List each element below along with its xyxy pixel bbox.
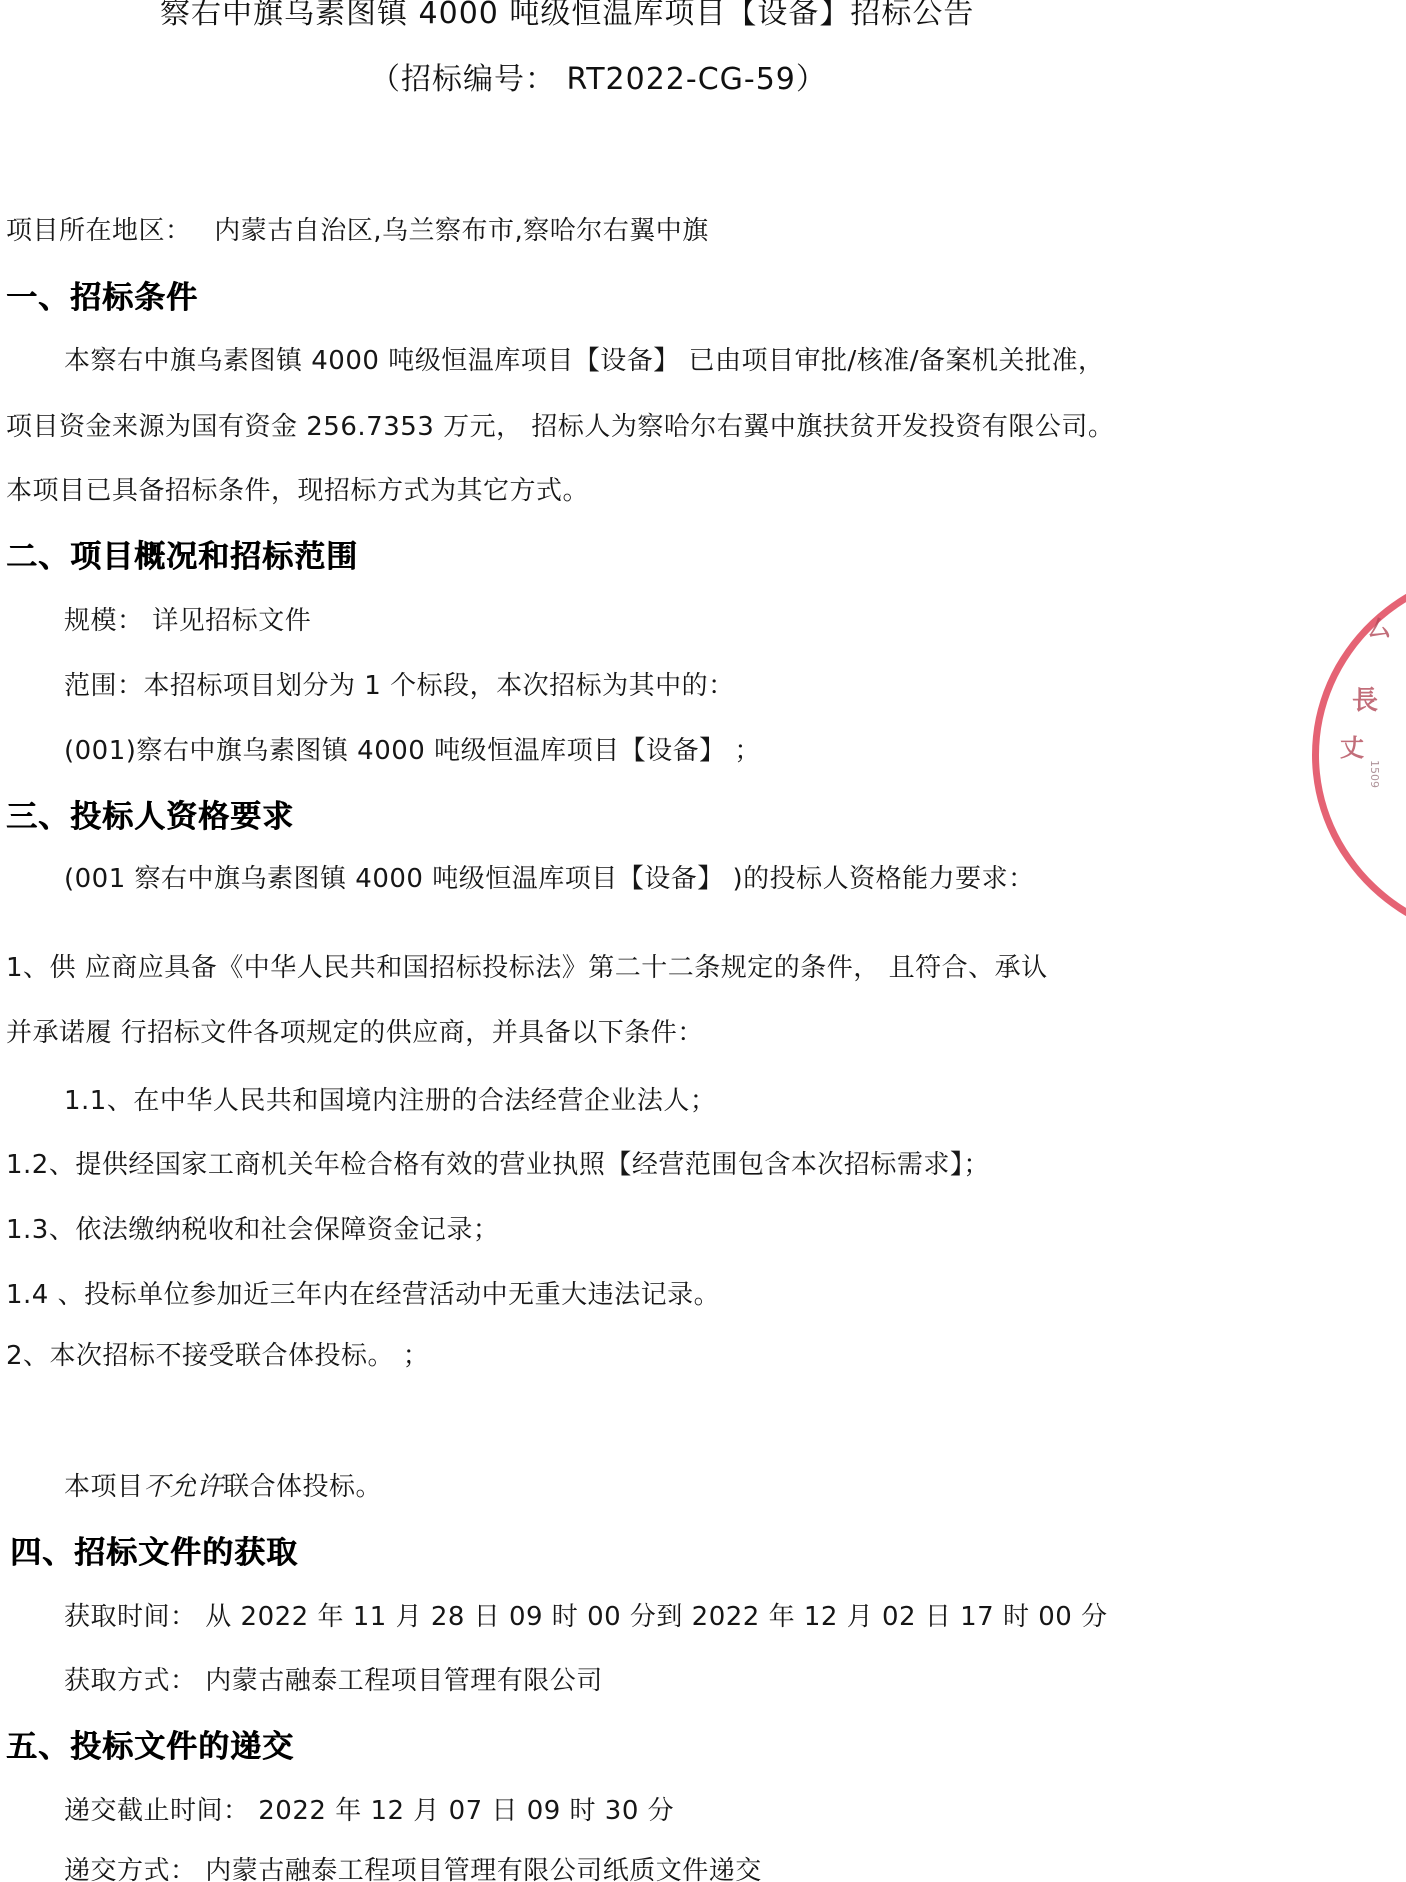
seal-serial-text: 1509 (1340, 760, 1380, 880)
requirement-2: 2、本次招标不接受联合体投标。 ； (6, 1339, 429, 1373)
requirement-1-1: 1.1、在中华人民共和国境内注册的合法经营企业法人； (64, 1084, 716, 1118)
document-title: 察右中旗乌素图镇 4000 吨级恒温库项目【设备】招标公告 (160, 0, 974, 34)
acquisition-time: 获取时间： 从 2022 年 11 月 28 日 09 时 00 分到 2022… (64, 1600, 1108, 1634)
seal-glyph: 丈 (1340, 728, 1364, 763)
paragraph: (001)察右中旗乌素图镇 4000 吨级恒温库项目【设备】 ； (64, 734, 761, 768)
consortium-note-prefix: 本项目 (64, 1472, 144, 1502)
paragraph: 范围：本招标项目划分为 1 个标段，本次招标为其中的： (64, 669, 735, 703)
seal-glyph: 厶 (1368, 612, 1390, 643)
consortium-note: 本项目不允许联合体投标。 (64, 1470, 382, 1504)
paragraph: 项目资金来源为国有资金 256.7353 万元， 招标人为察哈尔右翼中旗扶贫开发… (6, 410, 1114, 444)
paragraph: (001 察右中旗乌素图镇 4000 吨级恒温库项目【设备】 )的投标人资格能力… (64, 862, 1035, 896)
section-heading-bid-submission: 五、投标文件的递交 (6, 1727, 294, 1767)
submission-deadline: 递交截止时间： 2022 年 12 月 07 日 09 时 30 分 (64, 1794, 674, 1828)
section-heading-bidder-qualifications: 三、投标人资格要求 (6, 797, 294, 837)
requirement-1-3: 1.3、依法缴纳税收和社会保障资金记录； (6, 1213, 499, 1247)
section-heading-project-overview: 二、项目概况和招标范围 (6, 537, 358, 577)
paragraph: 规模： 详见招标文件 (64, 604, 311, 638)
consortium-note-suffix: 联合体投标。 (223, 1472, 382, 1502)
requirement-1-4: 1.4 、投标单位参加近三年内在经营活动中无重大违法记录。 (6, 1278, 720, 1312)
paragraph: 并承诺履 行招标文件各项规定的供应商，并具备以下条件： (6, 1016, 704, 1050)
submission-method: 递交方式： 内蒙古融泰工程项目管理有限公司纸质文件递交 (64, 1854, 762, 1882)
paragraph: 1、供 应商应具备《中华人民共和国招标投标法》第二十二条规定的条件， 且符合、承… (6, 951, 1048, 985)
location-label: 项目所在地区： (6, 216, 192, 246)
requirement-1-2: 1.2、提供经国家工商机关年检合格有效的营业执照【经营范围包含本次招标需求】； (6, 1148, 990, 1182)
location-value: 内蒙古自治区,乌兰察布市,察哈尔右翼中旗 (214, 216, 709, 246)
acquisition-method: 获取方式： 内蒙古融泰工程项目管理有限公司 (64, 1664, 603, 1698)
document-page: 察右中旗乌素图镇 4000 吨级恒温库项目【设备】招标公告 （招标编号： RT2… (0, 0, 1406, 1882)
section-heading-document-acquisition: 四、招标文件的获取 (10, 1533, 298, 1573)
section-heading-tender-conditions: 一、招标条件 (6, 278, 198, 318)
paragraph: 本察右中旗乌素图镇 4000 吨级恒温库项目【设备】 已由项目审批/核准/备案机… (64, 344, 1104, 378)
tender-number: （招标编号： RT2022-CG-59） (370, 60, 827, 100)
location-row: 项目所在地区： 内蒙古自治区,乌兰察布市,察哈尔右翼中旗 (6, 214, 709, 248)
paragraph: 本项目已具备招标条件，现招标方式为其它方式。 (6, 474, 589, 508)
consortium-note-emphasis: 不允许 (144, 1472, 224, 1502)
seal-glyph: 長 (1352, 680, 1378, 717)
